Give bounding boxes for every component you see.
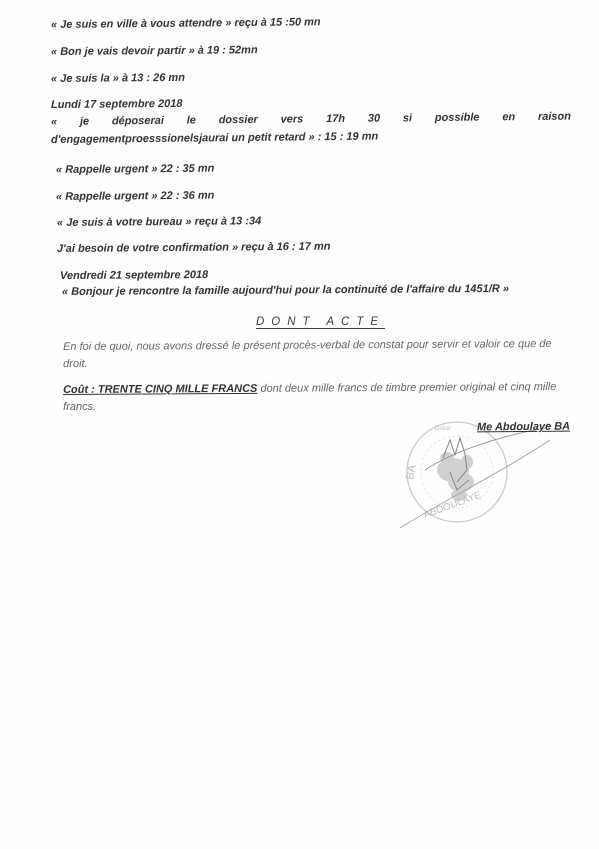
message-line: « Rappelle urgent » 22 : 35 mn — [56, 163, 214, 176]
signatory-name: Me Abdoulaye BA — [477, 421, 570, 434]
message-line: « Bonjour je rencontre la famille aujour… — [62, 283, 509, 298]
dont-acte-heading: DONT ACTE — [256, 316, 385, 328]
message-line: « Je suis à votre bureau » reçu à 13 :34 — [57, 215, 261, 229]
message-line: « je déposerai le dossier vers 17h 30 si… — [51, 111, 571, 128]
date-heading: Lundi 17 septembre 2018 — [51, 98, 183, 111]
message-line-continued: d'engagementproesssionelsjaurai un petit… — [51, 131, 378, 146]
message-line: « Je suis la » à 13 : 26 mn — [51, 72, 185, 85]
message-line: J'ai besoin de votre confirmation » reçu… — [57, 241, 331, 255]
svg-text:BA: BA — [404, 463, 418, 480]
svg-text:Dakar: Dakar — [435, 426, 451, 432]
message-line: « Bon je vais devoir partir » à 19 : 52m… — [51, 44, 258, 58]
scanned-document-page: « Je suis en ville à vous attendre » reç… — [0, 0, 599, 849]
cost-label: Coût : TRENTE CINQ MILLE FRANCS — [63, 383, 257, 396]
message-line: « Rappelle urgent » 22 : 36 mn — [56, 190, 214, 203]
closing-paragraph: En foi de quoi, nous avons dressé le pré… — [63, 336, 573, 373]
message-line: « Je suis en ville à vous attendre » reç… — [51, 16, 321, 31]
date-heading: Vendredi 21 septembre 2018 — [60, 269, 208, 282]
